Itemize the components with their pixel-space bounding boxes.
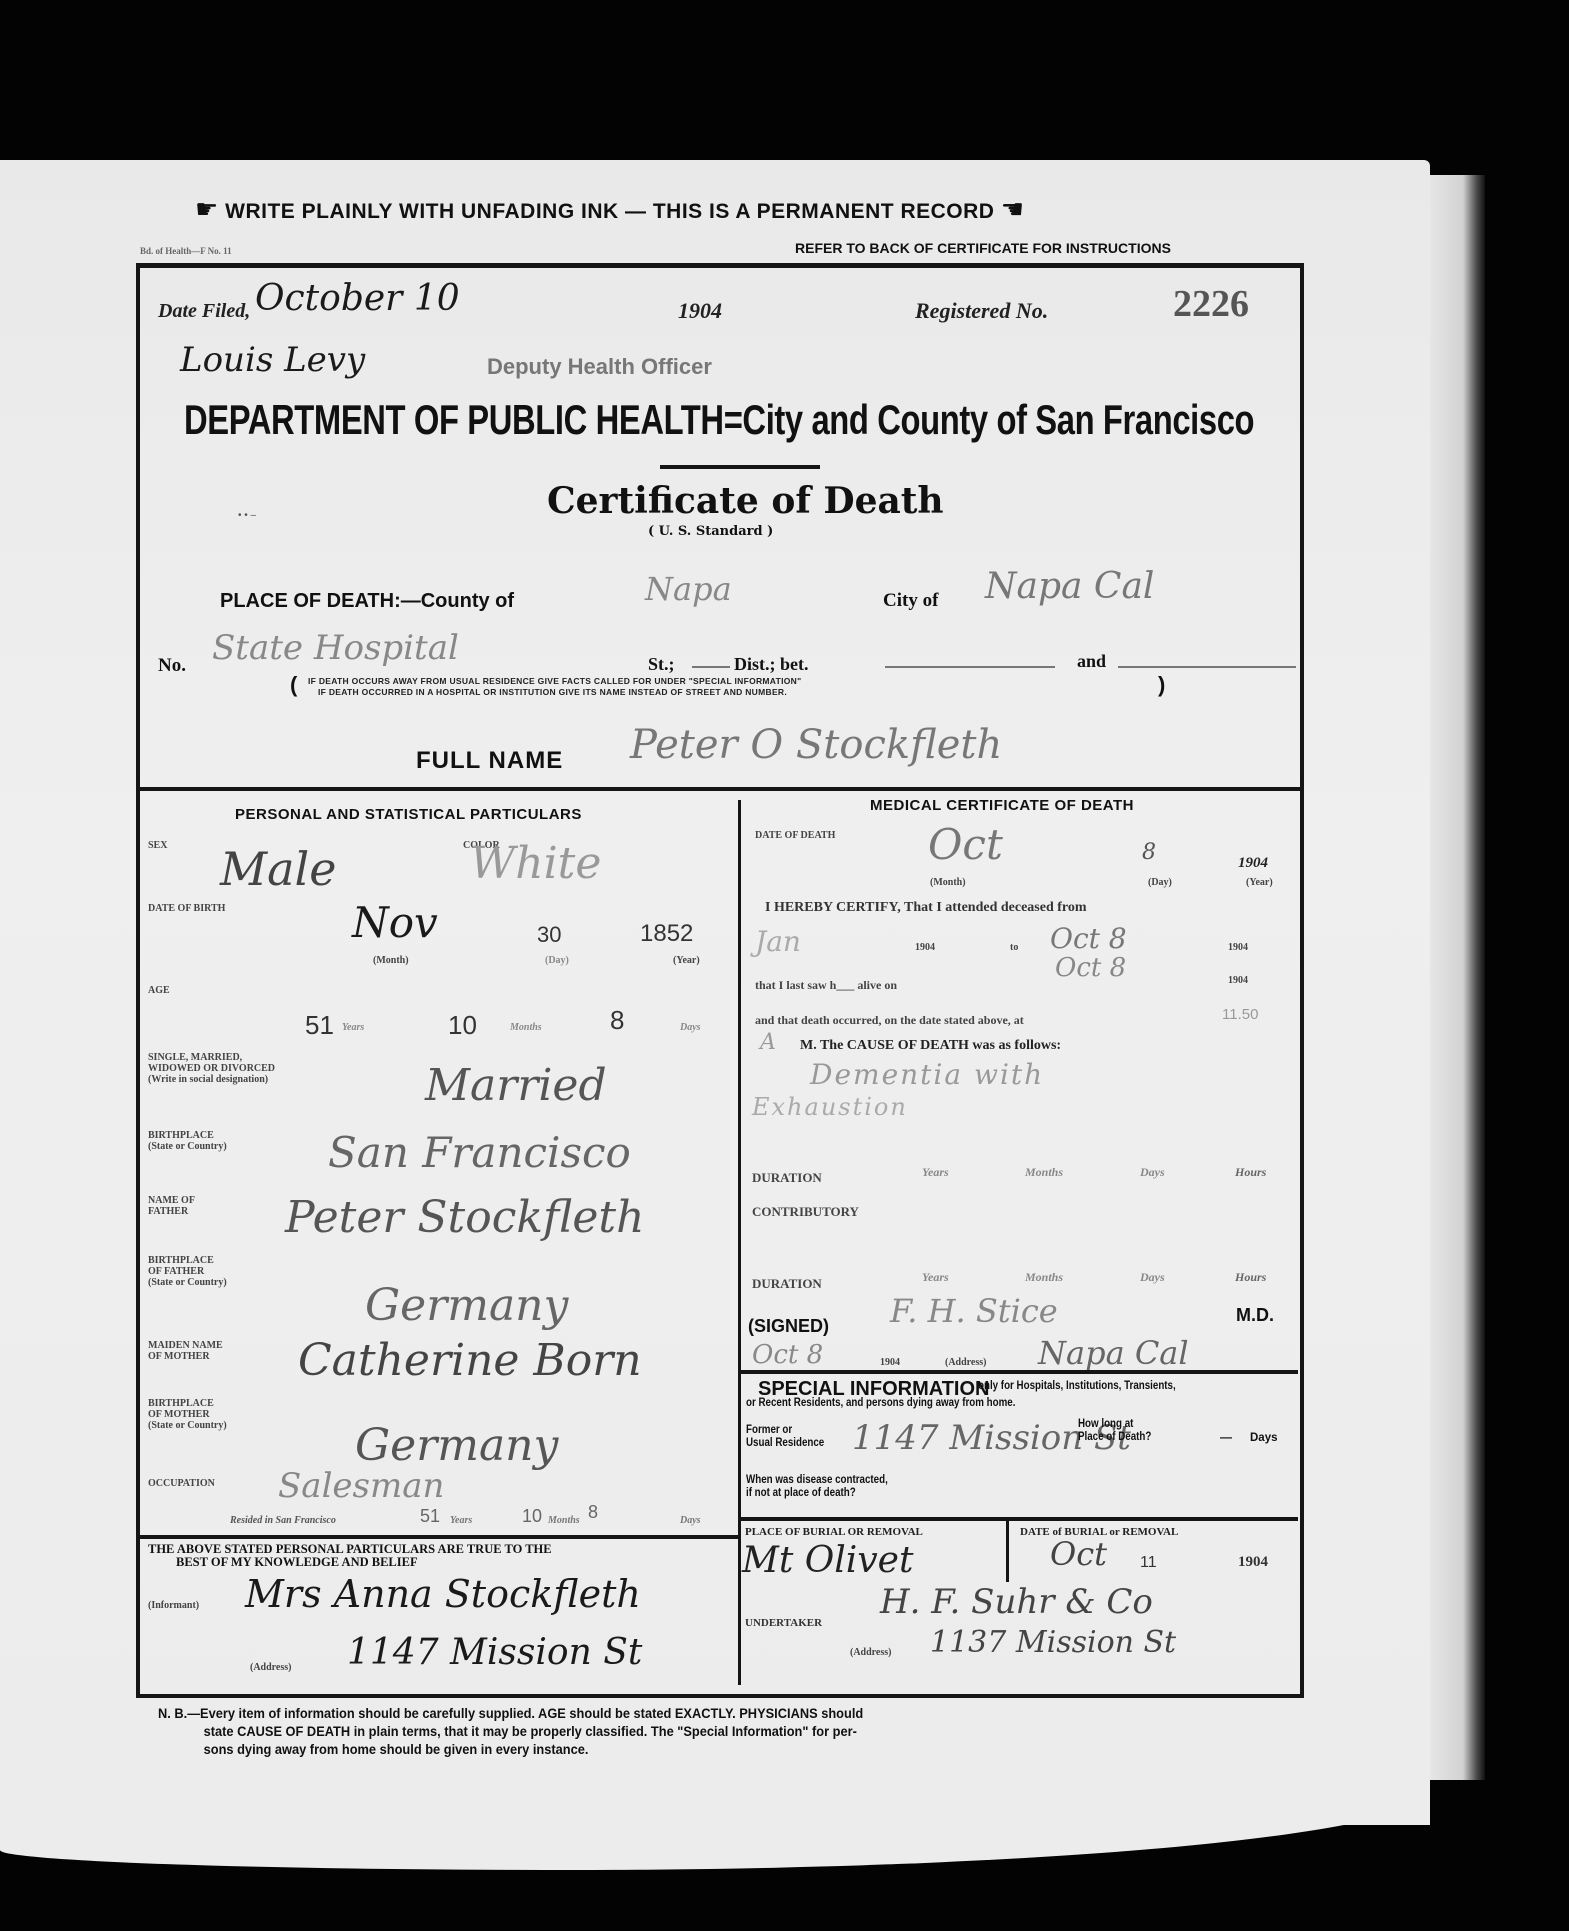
cause-line1: Dementia with [810,1058,1044,1091]
informant-value: Mrs Anna Stockfleth [245,1572,641,1616]
last-saw-year: 1904 [1228,975,1248,986]
resided-years-label: Years [450,1515,472,1526]
contracted-label-line1: When was disease contracted, [746,1474,888,1487]
place-of-death-label: PLACE OF DEATH:—County of [220,590,514,613]
age-months: 10 [448,1010,477,1041]
usual-residence-label: Former or Usual Residence [746,1424,824,1450]
duration-hours-label: Hours [1235,1165,1266,1180]
mother-birthplace-label-line3: (State or Country) [148,1420,227,1431]
dist-rule [885,666,1055,668]
burial-place-label: PLACE OF BURIAL OR REMOVAL [745,1527,923,1538]
duration2-days-label: Days [1140,1270,1165,1285]
medical-address-value: Napa Cal [1038,1334,1189,1372]
father-birthplace-label-line1: BIRTHPLACE [148,1255,227,1266]
nb-line1: N. B.—Every item of information should b… [158,1705,863,1723]
special-heading-sub: only for Hospitals, Institutions, Transi… [978,1380,1176,1392]
burial-date-year: 1904 [1238,1554,1268,1571]
dob-label: DATE OF BIRTH [148,903,225,914]
birthplace-label-line2: (State or Country) [148,1141,227,1152]
physician-signature: F. H. Stice [890,1292,1058,1330]
dob-month: Nov [352,898,438,947]
dod-month: Oct [928,820,1003,869]
burial-date-day: 11 [1140,1554,1157,1572]
duration2-label: DURATION [752,1276,822,1292]
filing-year: 1904 [678,298,722,324]
am-pm: A [760,1030,776,1055]
father-value: Peter Stockfleth [285,1192,644,1243]
duration2-years-label: Years [922,1270,949,1285]
special-heading-sub2: or Recent Residents, and persons dying a… [746,1397,1015,1409]
duration-months-label: Months [1025,1165,1063,1180]
residence-note: IF DEATH OCCURS AWAY FROM USUAL RESIDENC… [308,676,801,698]
dod-label: DATE OF DEATH [755,830,835,841]
margin-mark: • • ‒ [238,510,256,521]
color-value: White [470,838,601,889]
last-saw-value: Oct 8 [1055,953,1126,983]
certify-text: I HEREBY CERTIFY, That I attended deceas… [765,900,1087,916]
burial-place-value: Mt Olivet [742,1540,913,1581]
instructions-note: REFER TO BACK OF CERTIFICATE FOR INSTRUC… [795,240,1171,256]
how-long-value: — [1220,1430,1232,1444]
father-birthplace-value: Germany [365,1280,568,1331]
dist-label: Dist.; bet. [734,654,809,675]
date-filed-value: October 10 [255,278,460,319]
mother-birthplace-label-line1: BIRTHPLACE [148,1398,227,1409]
informant-label: (Informant) [148,1600,199,1611]
md-label: M.D. [1236,1305,1274,1326]
street-no-value: State Hospital [212,628,459,668]
dod-month-label: (Month) [930,877,966,888]
informant-address-value: 1147 Mission St [347,1632,642,1673]
nb-line2: state CAUSE OF DEATH in plain terms, tha… [158,1723,863,1741]
title-divider [660,465,820,469]
city-label: City of [883,590,938,612]
burial-divider [1006,1520,1009,1582]
dod-year: 1904 [1238,855,1268,872]
note-paren-open: ( [290,672,297,698]
resided-months: 10 [522,1506,542,1527]
informant-rule [138,1535,740,1539]
burial-rule-top [740,1517,1298,1521]
cause-text: M. The CAUSE OF DEATH was as follows: [800,1038,1061,1054]
age-months-label: Months [510,1022,542,1033]
duration2-months-label: Months [1025,1270,1063,1285]
dob-year: 1852 [640,920,693,948]
st-rule [692,666,730,668]
age-days: 8 [610,1005,624,1036]
last-saw-text: that I last saw h___ alive on [755,978,897,993]
usual-residence-label-line1: Former or [746,1424,824,1437]
cause-line2: Exhaustion [752,1093,908,1121]
attended-from-year: 1904 [915,942,935,953]
mother-label-line2: OF MOTHER [148,1351,223,1362]
no-label: No. [158,655,186,677]
residence-note-line2: IF DEATH OCCURRED IN A HOSPITAL OR INSTI… [308,687,801,698]
column-divider [738,800,741,1685]
attended-to-year: 1904 [1228,942,1248,953]
attended-from: Jan [755,925,801,958]
father-birthplace-label-line2: OF FATHER [148,1266,227,1277]
dob-day-label: (Day) [545,955,569,966]
birthplace-label: BIRTHPLACE (State or Country) [148,1130,227,1152]
st-label: St.; [648,654,675,675]
marital-label-line3: (Write in social designation) [148,1074,275,1085]
registered-no-value: 2226 [1173,282,1249,326]
marital-label-line2: WIDOWED OR DIVORCED [148,1063,275,1074]
undertaker-address-value: 1137 Mission St [930,1625,1176,1660]
page-bottom-edge [0,1770,1430,1870]
mother-value: Catherine Born [298,1335,642,1386]
father-birthplace-label-line3: (State or Country) [148,1277,227,1288]
dob-day: 30 [537,922,561,948]
medical-address-label: (Address) [945,1357,986,1368]
undertaker-label: UNDERTAKER [745,1618,822,1629]
informant-statement-line2: BEST OF MY KNOWLEDGE AND BELIEF [148,1556,552,1569]
informant-address-label: (Address) [250,1662,291,1673]
to-label: to [1010,942,1018,953]
department-title: DEPARTMENT OF PUBLIC HEALTH=City and Cou… [184,396,1254,444]
full-name-label: FULL NAME [416,747,563,775]
informant-statement: THE ABOVE STATED PERSONAL PARTICULARS AR… [148,1543,552,1569]
duration-years-label: Years [922,1165,949,1180]
duration-label: DURATION [752,1170,822,1186]
birthplace-value: San Francisco [328,1128,631,1177]
mother-birthplace-value: Germany [355,1420,558,1471]
occurred-text: and that death occurred, on the date sta… [755,1013,1024,1028]
undertaker-value: H. F. Suhr & Co [880,1582,1153,1622]
contracted-label: When was disease contracted, if not at p… [746,1474,888,1500]
medical-heading: MEDICAL CERTIFICATE OF DEATH [870,797,1134,814]
nb-line3: sons dying away from home should be give… [158,1741,863,1759]
special-rule-top [740,1370,1298,1374]
father-label-line2: FATHER [148,1206,195,1217]
standard-note: ( U. S. Standard ) [648,524,773,539]
contributory-label: CONTRIBUTORY [752,1204,859,1220]
sex-value: Male [220,842,336,896]
how-long-label-line1: How long at [1078,1418,1151,1431]
duration2-hours-label: Hours [1235,1270,1266,1285]
and-label: and [1077,651,1106,672]
how-long-label: How long at Place of Death? [1078,1418,1151,1444]
officer-signature: Louis Levy [180,340,365,380]
resided-days-label: Days [680,1515,701,1526]
mother-label: MAIDEN NAME OF MOTHER [148,1340,223,1362]
signed-date: Oct 8 [752,1340,823,1370]
attended-to: Oct 8 [1050,922,1127,955]
certificate-title: Certificate of Death [547,480,944,522]
dob-month-label: (Month) [373,955,409,966]
signed-label: (SIGNED) [748,1316,829,1337]
personal-heading: PERSONAL AND STATISTICAL PARTICULARS [235,806,582,823]
father-birthplace-label: BIRTHPLACE OF FATHER (State or Country) [148,1255,227,1288]
county-value: Napa [645,570,732,608]
city-value: Napa Cal [985,566,1154,607]
mother-label-line1: MAIDEN NAME [148,1340,223,1351]
registered-no-label: Registered No. [915,298,1048,324]
age-label: AGE [148,985,170,996]
occupation-label: OCCUPATION [148,1478,215,1489]
age-years: 51 [305,1010,334,1041]
signed-year: 1904 [880,1357,900,1368]
age-days-label: Days [680,1022,701,1033]
how-long-label-line2: Place of Death? [1078,1431,1151,1444]
marital-label-line1: SINGLE, MARRIED, [148,1052,275,1063]
nb-footer-note: N. B.—Every item of information should b… [158,1705,863,1759]
note-paren-close: ) [1158,672,1165,698]
resided-days: 8 [588,1502,598,1523]
contracted-label-line2: if not at place of death? [746,1487,888,1500]
mother-birthplace-label: BIRTHPLACE OF MOTHER (State or Country) [148,1398,227,1431]
name-section-rule [138,787,1300,791]
banner-text: WRITE PLAINLY WITH UNFADING INK — THIS I… [225,200,994,223]
burial-date-month: Oct [1050,1535,1107,1573]
book-page-edge [1430,175,1485,1780]
resided-label: Resided in San Francisco [230,1515,336,1526]
marital-label: SINGLE, MARRIED, WIDOWED OR DIVORCED (Wr… [148,1052,275,1085]
occupation-value: Salesman [278,1466,444,1506]
full-name-value: Peter O Stockfleth [630,722,1002,768]
resided-months-label: Months [548,1515,580,1526]
birthplace-label-line1: BIRTHPLACE [148,1130,227,1141]
mother-birthplace-label-line2: OF MOTHER [148,1409,227,1420]
death-time: 11.50 [1222,1006,1258,1023]
usual-residence-label-line2: Usual Residence [746,1437,824,1450]
sex-label: SEX [148,840,167,851]
undertaker-address-label: (Address) [850,1647,891,1658]
dod-day-label: (Day) [1148,877,1172,888]
pointing-hand-left-icon: ☛ [195,195,219,225]
duration-days-label: Days [1140,1165,1165,1180]
how-long-days-label: Days [1250,1432,1278,1444]
pointing-hand-right-icon: ☚ [1001,195,1025,225]
dod-year-label: (Year) [1246,877,1273,888]
father-label-line1: NAME OF [148,1195,195,1206]
date-filed-label: Date Filed, [158,300,250,323]
age-years-label: Years [342,1022,364,1033]
officer-title: Deputy Health Officer [487,354,712,380]
marital-value: Married [425,1060,607,1111]
and-rule [1118,666,1296,668]
ink-banner: ☛ WRITE PLAINLY WITH UNFADING INK — THIS… [195,195,1025,225]
resided-years: 51 [420,1506,440,1527]
dob-year-label: (Year) [673,955,700,966]
father-label: NAME OF FATHER [148,1195,195,1217]
residence-note-line1: IF DEATH OCCURS AWAY FROM USUAL RESIDENC… [308,676,801,687]
form-code: Bd. of Health—F No. 11 [140,246,232,257]
dod-day: 8 [1142,840,1156,865]
